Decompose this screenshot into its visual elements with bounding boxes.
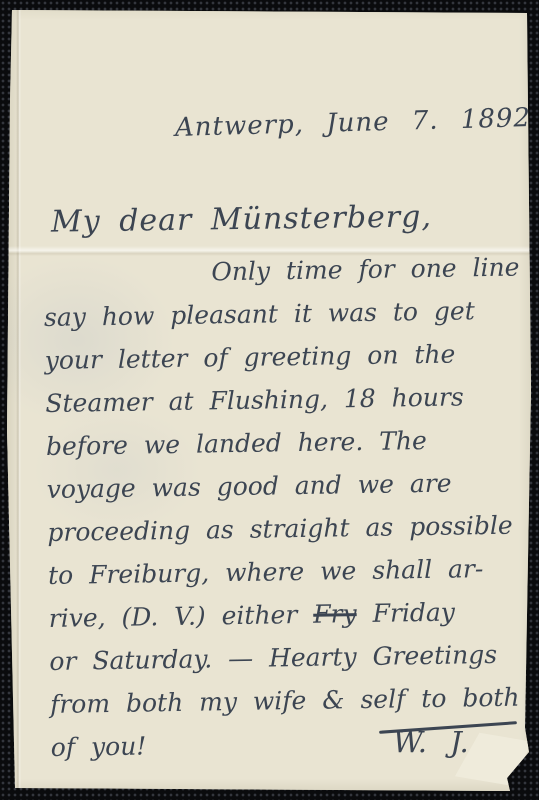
letter-line: Steamer at Flushing, 18 hours — [45, 374, 532, 425]
letter-line: proceeding as straight as possible — [47, 503, 534, 554]
line-segment-pre: rive, (D. V.) either — [49, 600, 314, 633]
letter-line-with-strikeout: rive, (D. V.) either Fry Friday — [48, 589, 535, 640]
letter-body: Only time for one line to say how pleasa… — [43, 245, 537, 769]
fold-crease-vertical — [16, 10, 21, 791]
letter-line: before we landed here. The — [46, 417, 533, 468]
signature: W. J. — [379, 726, 529, 759]
scan-background: Antwerp, June 7. 1892 My dear Münsterber… — [0, 0, 539, 800]
struck-word: Fry — [313, 599, 357, 629]
letter-line: your letter of greeting on the — [44, 331, 531, 382]
letter-line: from both my wife & self to both — [50, 675, 537, 726]
line-segment-post: Friday — [356, 598, 455, 629]
letter-line: say how pleasant it was to get — [44, 288, 531, 339]
letter-line: to Freiburg, where we shall ar- — [48, 546, 535, 597]
letter-line: or Saturday. — Hearty Greetings — [49, 632, 536, 683]
salutation: My dear Münsterberg, — [51, 199, 432, 239]
letter-paper: Antwerp, June 7. 1892 My dear Münsterber… — [7, 10, 531, 791]
dateline: Antwerp, June 7. 1892 — [175, 103, 532, 143]
letter-line: voyage was good and we are — [46, 460, 533, 511]
letter-line: Only time for one line to — [43, 245, 530, 296]
